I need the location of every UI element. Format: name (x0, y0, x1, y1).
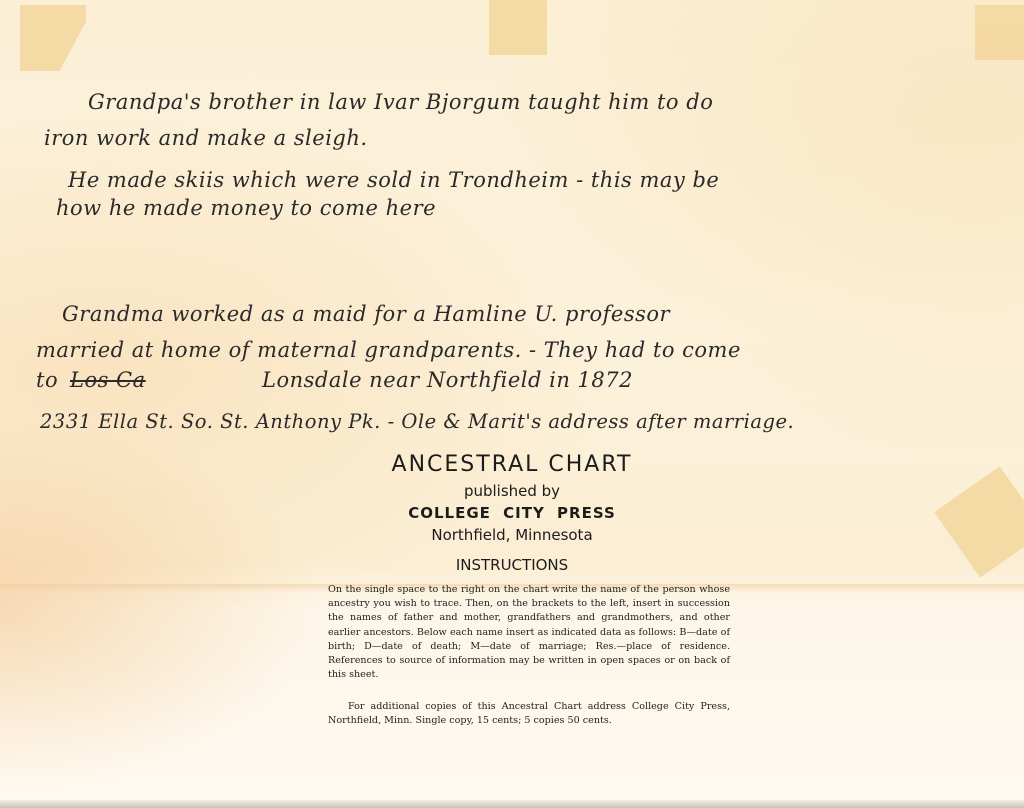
handwritten-line: how he made money to come here (56, 196, 436, 220)
aged-paper-sheet (0, 0, 1024, 808)
handwritten-line: Lonsdale near Northfield in 1872 (262, 368, 633, 392)
paper-bottom-edge (0, 800, 1024, 808)
handwritten-line: iron work and make a sleigh. (44, 126, 368, 150)
handwritten-line: Grandpa's brother in law Ivar Bjorgum ta… (88, 90, 713, 114)
handwritten-address-line: 2331 Ella St. So. St. Anthony Pk. - Ole … (40, 410, 794, 433)
handwritten-line: married at home of maternal grandparents… (36, 338, 741, 362)
ordering-note: For additional copies of this Ancestral … (328, 700, 730, 728)
handwritten-line: Grandma worked as a maid for a Hamline U… (62, 302, 670, 326)
chart-title: ANCESTRAL CHART (0, 452, 1024, 477)
instructions-heading: INSTRUCTIONS (0, 556, 1024, 574)
handwritten-line: to (36, 368, 58, 392)
tape-residue-top-center (489, 0, 547, 55)
chart-subtitle: published by (0, 482, 1024, 500)
instructions-body: On the single space to the right on the … (328, 583, 730, 682)
crossed-out-text: Los Ca (70, 368, 146, 392)
publisher-location: Northfield, Minnesota (0, 526, 1024, 544)
publisher-name: COLLEGE CITY PRESS (0, 504, 1024, 522)
handwritten-line: He made skiis which were sold in Trondhe… (68, 168, 719, 192)
tape-residue-top-right (975, 5, 1024, 60)
